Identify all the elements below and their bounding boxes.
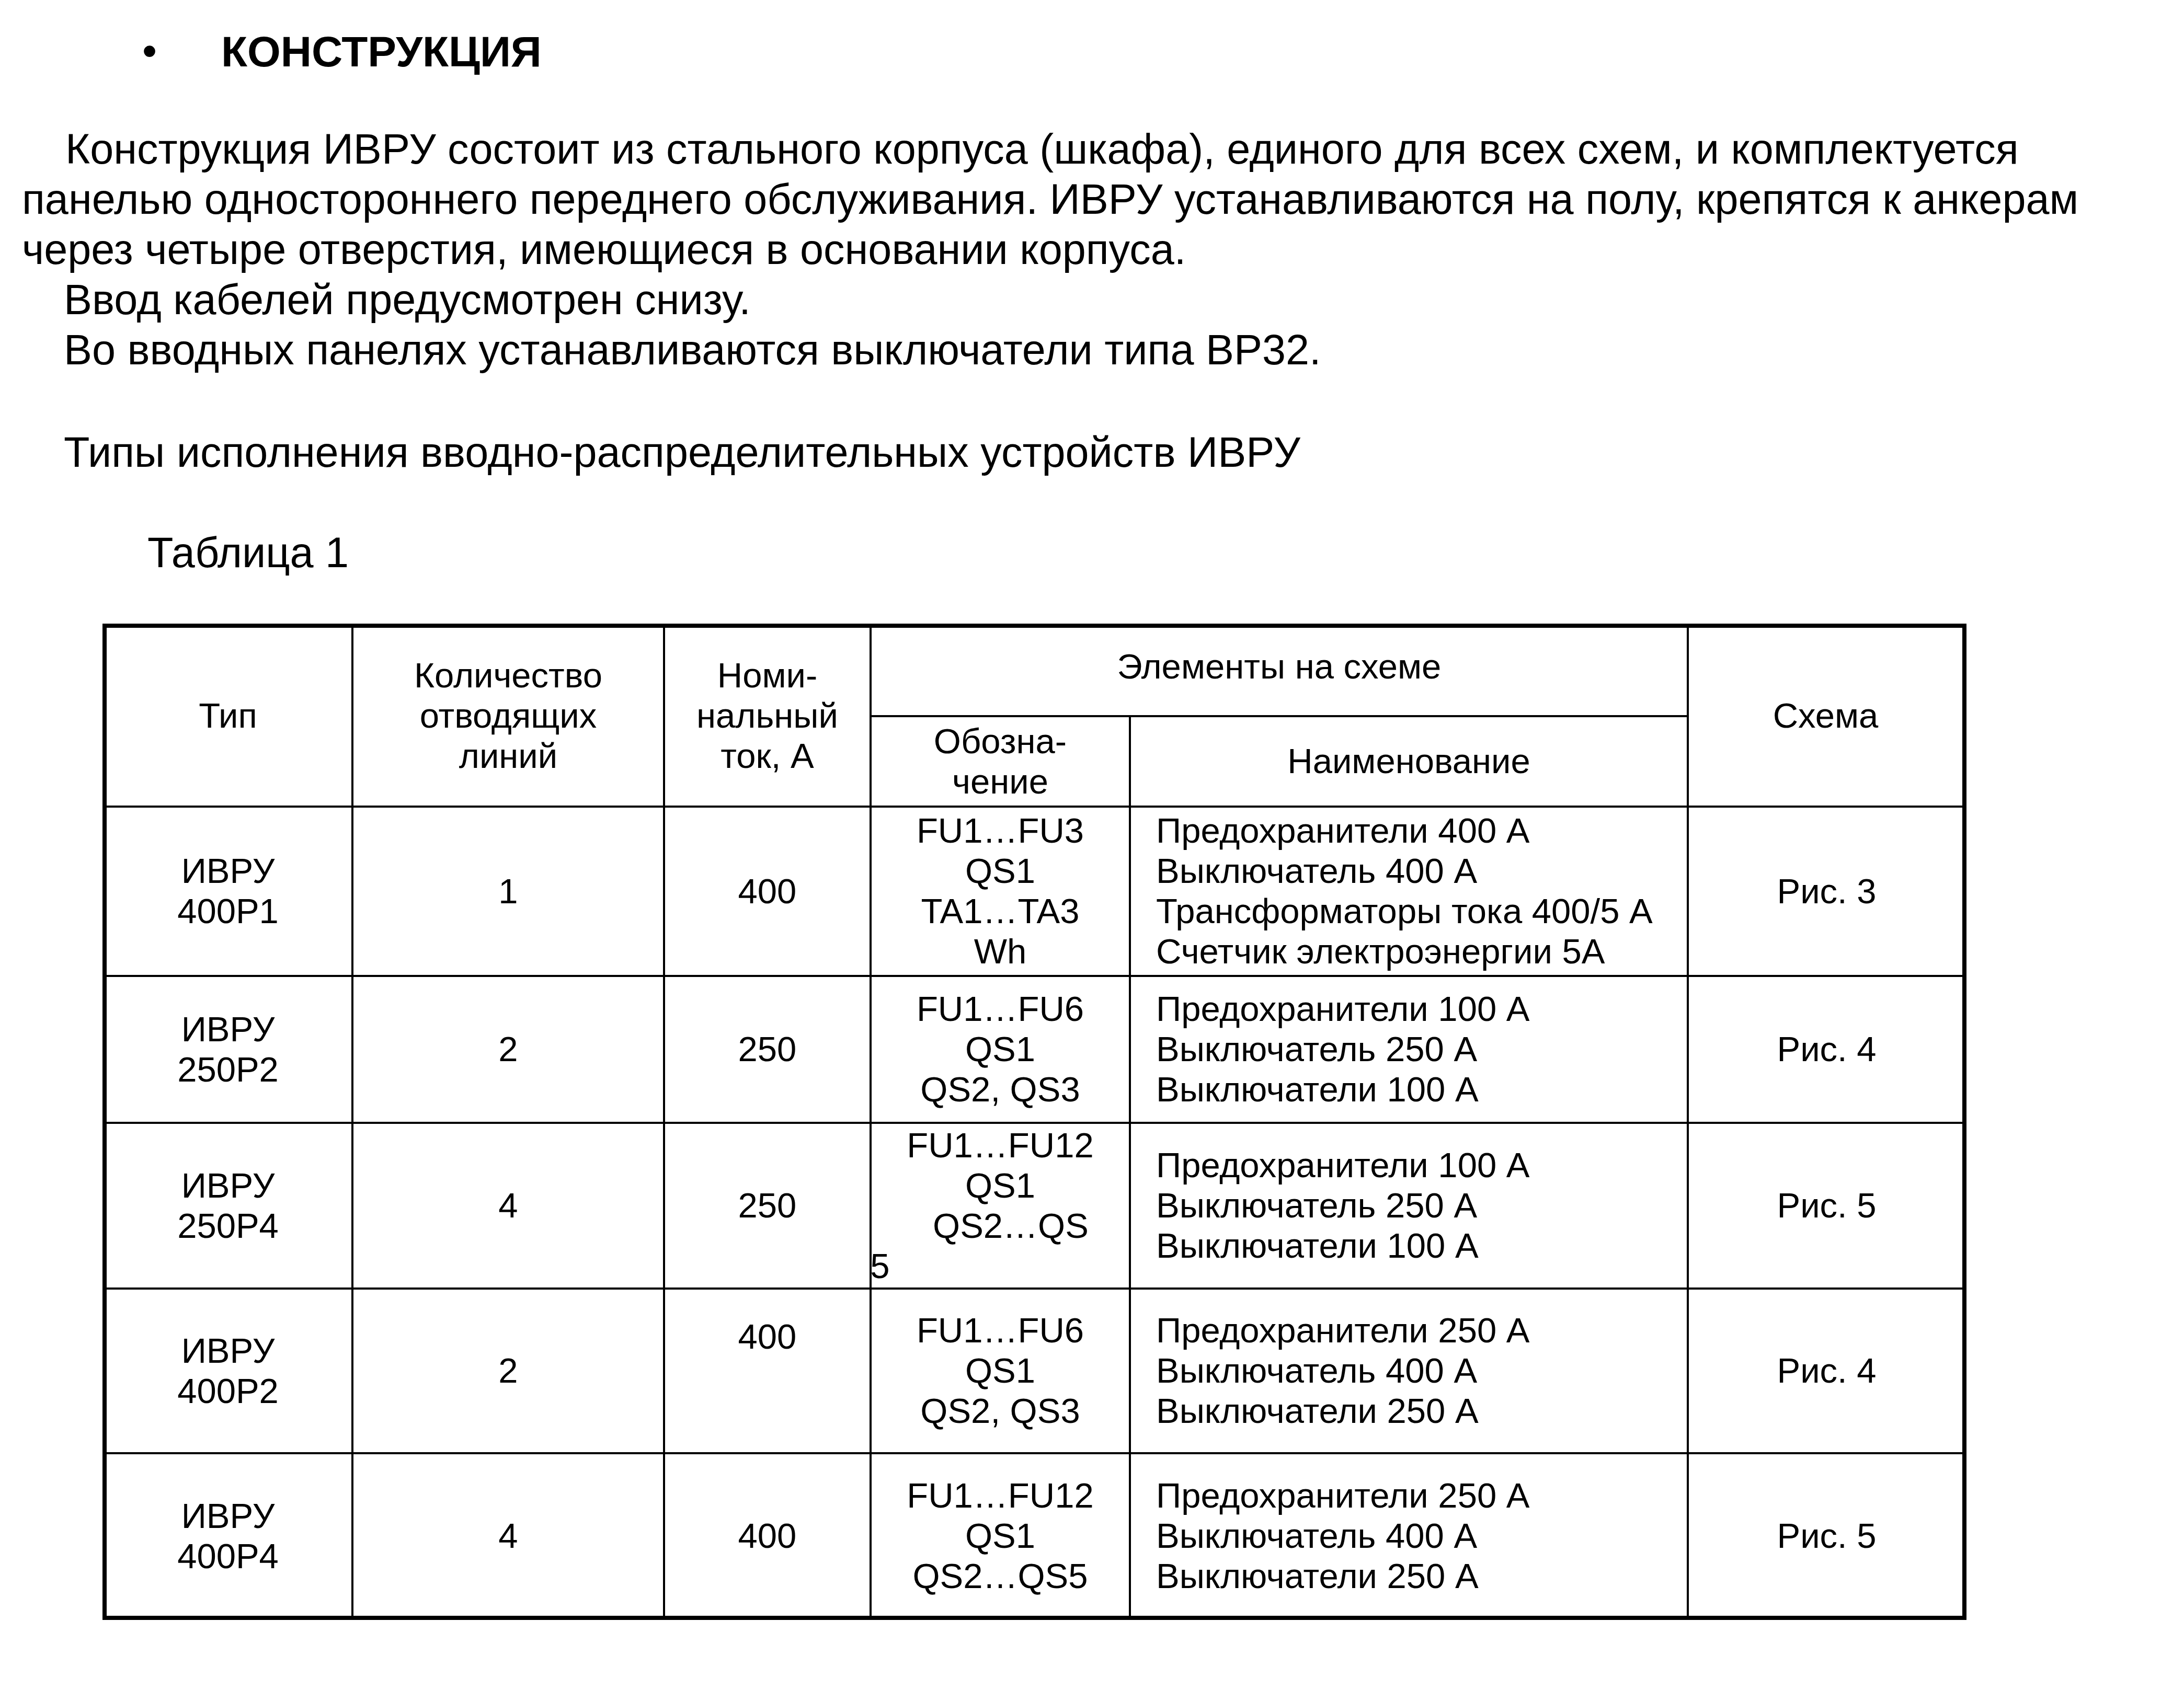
cell-scheme-row-4: Рис. 4 (1687, 1287, 1966, 1454)
cell-scheme-row-3: Рис. 5 (1687, 1122, 1966, 1290)
cell-line: QS1 (917, 851, 1084, 891)
cell-type-row-1: ИВРУ400Р1 (102, 806, 353, 977)
types-intro-text: Типы исполнения вводно-распределительных… (64, 428, 1300, 478)
cell-line: 400 (738, 1317, 797, 1357)
cell-line: Рис. 5 (1777, 1186, 1876, 1226)
cell-line: 4 (498, 1516, 518, 1556)
breakers-text: Во вводных панелях устанавливаются выклю… (64, 325, 1321, 375)
cell-lines-count-row-4: 2 (351, 1287, 665, 1454)
cell-names-row-2: Предохранители 100 АВыключатель 250 АВык… (1129, 975, 1689, 1124)
cell-names-row-1: Предохранители 400 АВыключатель 400 АТра… (1129, 806, 1689, 977)
cell-line: ИВРУ (177, 851, 279, 891)
cell-line: Выключатель 400 А (1156, 1351, 1529, 1391)
cell-line: 2 (498, 1029, 518, 1070)
cell-line: FU1…FU6 (917, 1310, 1084, 1351)
cell-line: Рис. 5 (1777, 1516, 1876, 1556)
cell-lines-count-row-5: 4 (351, 1452, 665, 1620)
cell-lines-count-row-3: 4 (351, 1122, 665, 1290)
cell-line: Рис. 4 (1777, 1351, 1876, 1391)
cell-line: QS2…QS5 (907, 1556, 1093, 1596)
cell-designation-row-3: FU1…FU12QS1QS2…QS5 (870, 1122, 1131, 1290)
cell-scheme-row-1: Рис. 3 (1687, 806, 1966, 977)
cell-line: Предохранители 100 А (1156, 1145, 1529, 1186)
paragraph-line-2: панелью одностороннего переднего обслужи… (22, 175, 2078, 225)
cell-line: Выключатели 250 А (1156, 1391, 1529, 1431)
header-designation: Обозна- чение (870, 715, 1131, 808)
cell-line: 250 (738, 1186, 797, 1226)
header-type: Тип (102, 624, 353, 808)
cell-line: FU1…FU12 (907, 1125, 1093, 1166)
cell-line: Рис. 3 (1777, 871, 1876, 912)
cell-lines-count-row-1: 1 (351, 806, 665, 977)
cell-line: ИВРУ (177, 1496, 279, 1536)
cell-names-row-5: Предохранители 250 АВыключатель 400 АВык… (1129, 1452, 1689, 1620)
cell-line: 400 (738, 1516, 797, 1556)
cell-line: Wh (917, 932, 1084, 972)
cell-type-row-5: ИВРУ400Р4 (102, 1452, 353, 1620)
cell-line: QS1 (907, 1516, 1093, 1556)
header-elements-group: Элементы на схеме (870, 624, 1689, 717)
cell-line: Выключатели 100 А (1156, 1226, 1529, 1266)
cell-line: Выключатели 100 А (1156, 1070, 1529, 1110)
cell-line: Предохранители 250 А (1156, 1310, 1529, 1351)
header-lines-count: Количество отводящих линий (351, 624, 665, 808)
cell-line: 400Р4 (177, 1536, 279, 1577)
cell-line: ИВРУ (177, 1009, 279, 1050)
bullet-icon: • (142, 30, 157, 72)
cell-line: Выключатель 250 А (1156, 1186, 1529, 1226)
cell-line: 250Р2 (177, 1050, 279, 1090)
cell-line: Выключатель 400 А (1156, 1516, 1529, 1556)
cell-line: Предохранители 400 А (1156, 811, 1653, 851)
cell-line: QS1 (917, 1351, 1084, 1391)
cell-line: QS2…QS (907, 1206, 1093, 1246)
paragraph-line-3: через четыре отверстия, имеющиеся в осно… (22, 225, 1186, 275)
cell-line: Выключатели 250 А (1156, 1556, 1529, 1596)
cell-line: 400 (738, 871, 797, 912)
cell-line: FU1…FU3 (917, 811, 1084, 851)
cell-line: QS1 (907, 1166, 1093, 1206)
cell-line: 250 (738, 1029, 797, 1070)
paragraph-line-1: Конструкция ИВРУ состоит из стального ко… (65, 124, 2019, 175)
cell-designation-row-4: FU1…FU6QS1QS2, QS3 (870, 1287, 1131, 1454)
cell-rated-current-row-1: 400 (663, 806, 872, 977)
cell-line: Трансформаторы тока 400/5 А (1156, 891, 1653, 932)
cell-line: Рис. 4 (1777, 1029, 1876, 1070)
cell-lines-count-row-2: 2 (351, 975, 665, 1124)
section-title: КОНСТРУКЦИЯ (221, 27, 542, 77)
cell-line: Выключатель 250 А (1156, 1029, 1529, 1070)
types-table: Тип Количество отводящих линий Номи- нал… (105, 626, 1964, 1618)
table-caption: Таблица 1 (147, 528, 349, 578)
cell-names-row-4: Предохранители 250 АВыключатель 400 АВык… (1129, 1287, 1689, 1454)
cell-line: Счетчик электроэнергии 5А (1156, 932, 1653, 972)
cell-line: 4 (498, 1186, 518, 1226)
cell-type-row-2: ИВРУ250Р2 (102, 975, 353, 1124)
cell-line: QS2, QS3 (917, 1391, 1084, 1431)
cell-line: FU1…FU12 (907, 1476, 1093, 1516)
header-scheme: Схема (1687, 624, 1964, 808)
cell-line: ИВРУ (177, 1331, 279, 1371)
cell-line: 400Р2 (177, 1371, 279, 1411)
cell-scheme-row-5: Рис. 5 (1687, 1452, 1966, 1620)
cell-line: ИВРУ (177, 1166, 279, 1206)
cell-line: 1 (498, 871, 518, 912)
cell-line: 5 (870, 1246, 1093, 1286)
cell-line: QS2, QS3 (917, 1070, 1084, 1110)
cell-rated-current-row-3: 250 (663, 1122, 872, 1290)
cell-line: TA1…TA3 (917, 891, 1084, 932)
cell-line: 400Р1 (177, 891, 279, 932)
cell-rated-current-row-5: 400 (663, 1452, 872, 1620)
cell-rated-current-row-4: 400 (663, 1287, 872, 1454)
cell-line: FU1…FU6 (917, 989, 1084, 1029)
cell-line: QS1 (917, 1029, 1084, 1070)
cable-entry-text: Ввод кабелей предусмотрен снизу. (64, 275, 751, 325)
cell-designation-row-2: FU1…FU6QS1QS2, QS3 (870, 975, 1131, 1124)
cell-line: Предохранители 100 А (1156, 989, 1529, 1029)
cell-names-row-3: Предохранители 100 АВыключатель 250 АВык… (1129, 1122, 1689, 1290)
cell-line: Выключатель 400 А (1156, 851, 1653, 891)
cell-line: 250Р4 (177, 1206, 279, 1246)
cell-designation-row-5: FU1…FU12QS1QS2…QS5 (870, 1452, 1131, 1620)
header-rated-current: Номи- нальный ток, А (663, 624, 872, 808)
cell-designation-row-1: FU1…FU3QS1TA1…TA3Wh (870, 806, 1131, 977)
cell-type-row-4: ИВРУ400Р2 (102, 1287, 353, 1454)
cell-type-row-3: ИВРУ250Р4 (102, 1122, 353, 1290)
cell-line: Предохранители 250 А (1156, 1476, 1529, 1516)
cell-rated-current-row-2: 250 (663, 975, 872, 1124)
cell-scheme-row-2: Рис. 4 (1687, 975, 1966, 1124)
cell-line: 2 (498, 1351, 518, 1391)
header-name: Наименование (1129, 715, 1689, 808)
